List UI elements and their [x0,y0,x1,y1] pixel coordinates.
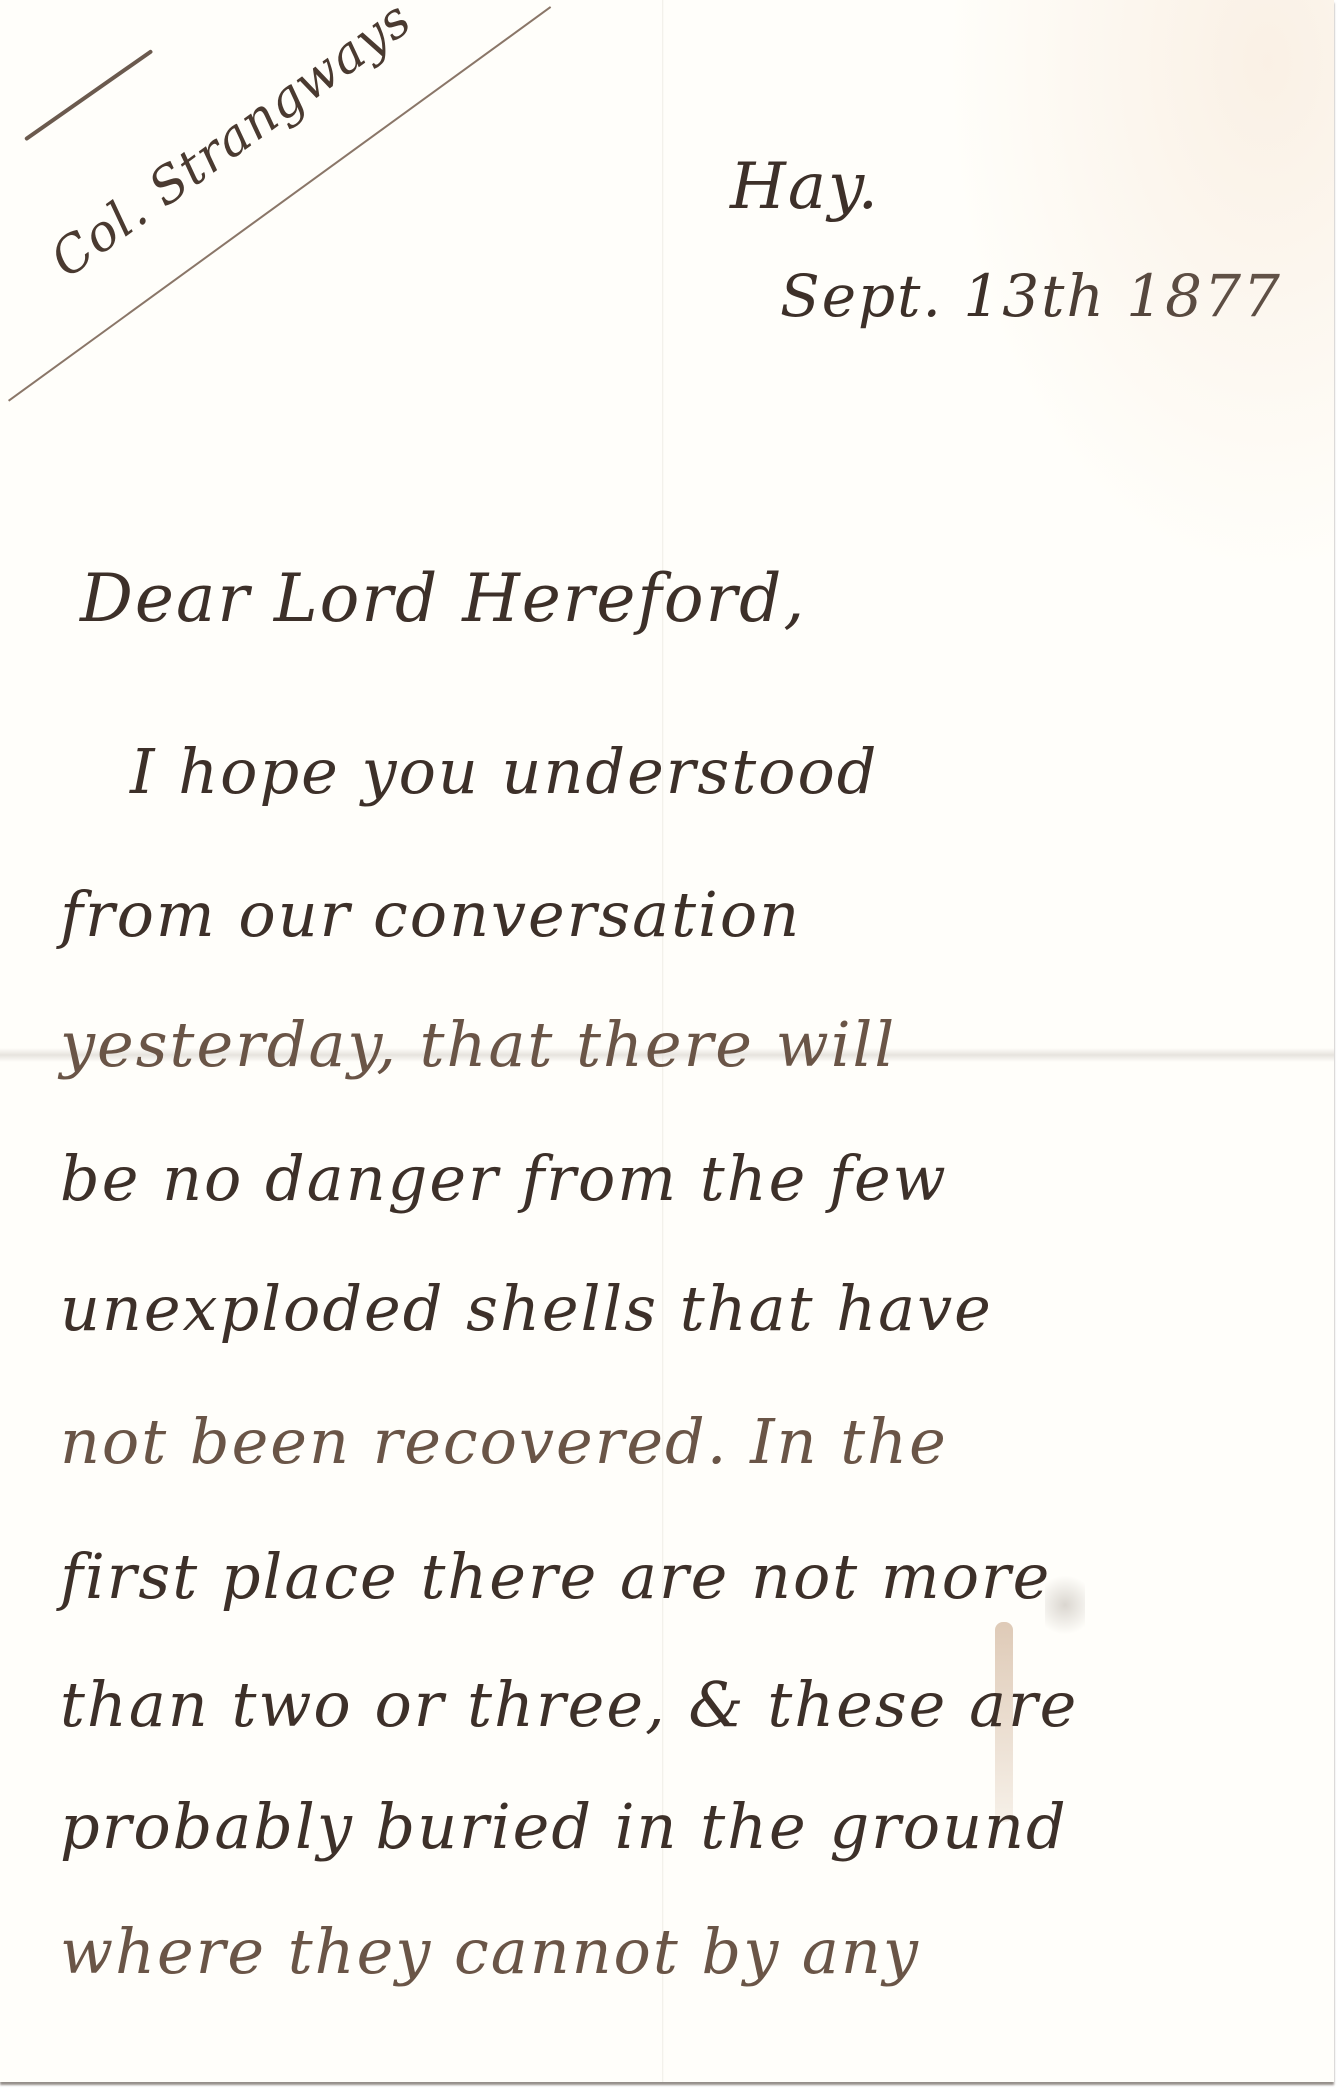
body-line: I hope you understood [130,735,879,808]
body-line: probably buried in the ground [60,1790,1068,1863]
letter-page: Col. Strangways Hay. Sept. 13th 1877 Dea… [0,0,1334,2082]
body-line: than two or three, & these are [60,1668,1078,1741]
docket-corner-rule [8,6,551,401]
body-line: not been recovered. In the [60,1405,948,1478]
docket-annotation: Col. Strangways [40,0,422,289]
letter-date: Sept. 13th 1877 [780,262,1282,330]
body-line: yesterday, that there will [60,1008,896,1081]
letter-place: Hay. [730,150,880,224]
body-line: be no danger from the few [60,1142,948,1215]
body-line: where they cannot by any [60,1915,920,1988]
docket-flourish [24,49,153,141]
body-line: unexploded shells that have [60,1272,993,1345]
body-line: from our conversation [60,878,801,951]
letter-salutation: Dear Lord Hereford, [80,560,806,637]
body-line: first place there are not more [60,1540,1051,1613]
